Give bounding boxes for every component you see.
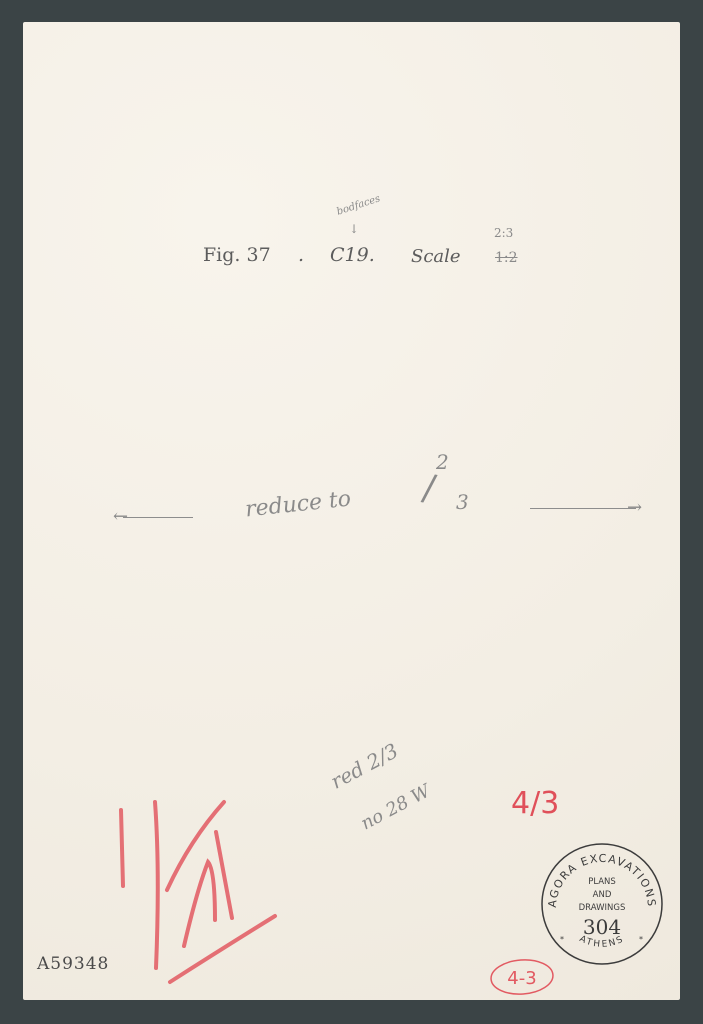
svg-text:*: * <box>560 935 564 944</box>
right-arrow-icon: → <box>627 497 642 518</box>
red-circled-number: 4-3 <box>487 956 557 998</box>
caption-scale-struck: 1:2 <box>495 250 518 266</box>
caption-separator: . <box>298 244 304 266</box>
lower-note-line1: red 2/3 <box>327 738 403 793</box>
reduce-fraction-slash: / <box>420 467 439 509</box>
caption-scale-label: Scale <box>411 246 461 267</box>
agora-stamp: AGORA EXCAVATIONS ATHENS * * PLANS AND D… <box>540 842 664 966</box>
left-arrow-line <box>123 517 193 518</box>
svg-text:4-3: 4-3 <box>507 968 536 989</box>
svg-text:DRAWINGS: DRAWINGS <box>579 903 626 913</box>
caption-scale-corrected: 2:3 <box>494 226 513 240</box>
lower-note-line2: no 28 W <box>357 781 433 835</box>
svg-text:PLANS: PLANS <box>588 877 616 887</box>
red-fraction: 4/3 <box>511 786 559 821</box>
reduce-note-text: reduce to <box>244 487 352 523</box>
left-arrow-icon: ← <box>113 506 128 527</box>
down-arrow-icon: ↓ <box>349 222 359 236</box>
red-scribble-mark <box>100 790 290 990</box>
inventory-code: A59348 <box>37 954 109 974</box>
annotation-above: bodfaces <box>335 193 381 217</box>
caption-fig: Fig. 37 <box>203 244 271 266</box>
svg-text:AND: AND <box>593 890 612 900</box>
reduce-fraction-den: 3 <box>456 490 469 514</box>
right-arrow-line <box>530 508 636 509</box>
svg-text:*: * <box>639 935 643 944</box>
svg-text:304: 304 <box>583 915 621 939</box>
caption-object-id: C19. <box>330 244 375 266</box>
document-card: Fig. 37 . bodfaces ↓ C19. Scale 2:3 1:2 … <box>23 22 680 1000</box>
